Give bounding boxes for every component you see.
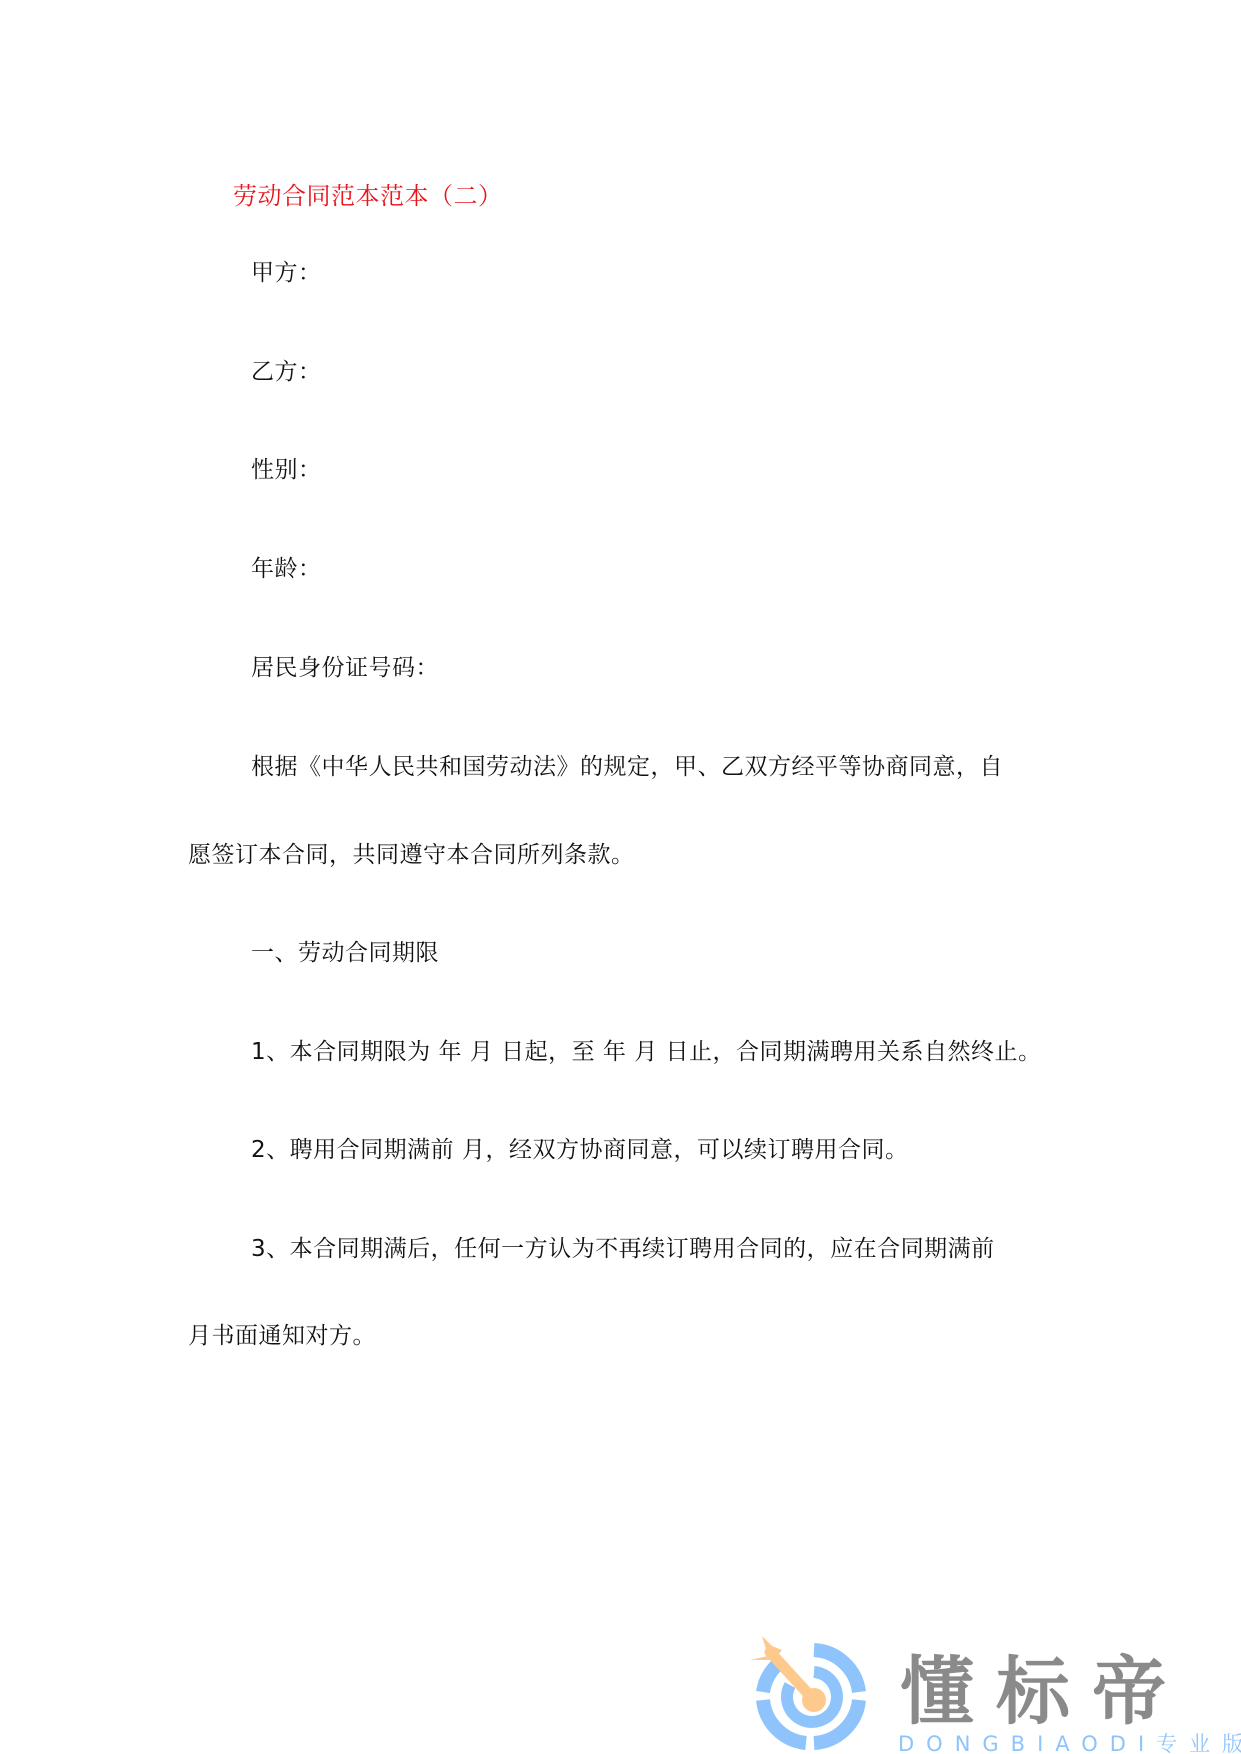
preamble-line-2: 愿签订本合同，共同遵守本合同所列条款。 bbox=[188, 840, 635, 870]
watermark-brand: 懂标帝 bbox=[900, 1652, 1188, 1732]
field-party-b: 乙方： bbox=[251, 357, 322, 387]
watermark-subtitle: DONGBIAODI专业版 bbox=[898, 1732, 1241, 1754]
clause-2: 2、聘用合同期满前 月，经双方协商同意，可以续订聘用合同。 bbox=[251, 1135, 908, 1165]
watermark-logo: 懂标帝 DONGBIAODI专业版 bbox=[748, 1630, 1228, 1754]
clause-3-line-2: 月书面通知对方。 bbox=[188, 1321, 376, 1351]
document-title: 劳动合同范本范本（二） bbox=[233, 181, 503, 211]
target-arrow-icon bbox=[748, 1630, 868, 1754]
field-party-a: 甲方： bbox=[251, 258, 322, 288]
clause-3-line-1: 3、本合同期满后，任何一方认为不再续订聘用合同的，应在合同期满前 bbox=[251, 1234, 995, 1264]
clause-1: 1、本合同期限为 年 月 日起，至 年 月 日止，合同期满聘用关系自然终止。 bbox=[251, 1037, 1042, 1067]
field-age: 年龄： bbox=[251, 554, 322, 584]
preamble-line-1: 根据《中华人民共和国劳动法》的规定，甲、乙双方经平等协商同意，自 bbox=[251, 752, 1003, 782]
field-id-number: 居民身份证号码： bbox=[251, 653, 439, 683]
section-heading-contract-term: 一、劳动合同期限 bbox=[251, 938, 439, 968]
field-gender: 性别： bbox=[251, 455, 322, 485]
